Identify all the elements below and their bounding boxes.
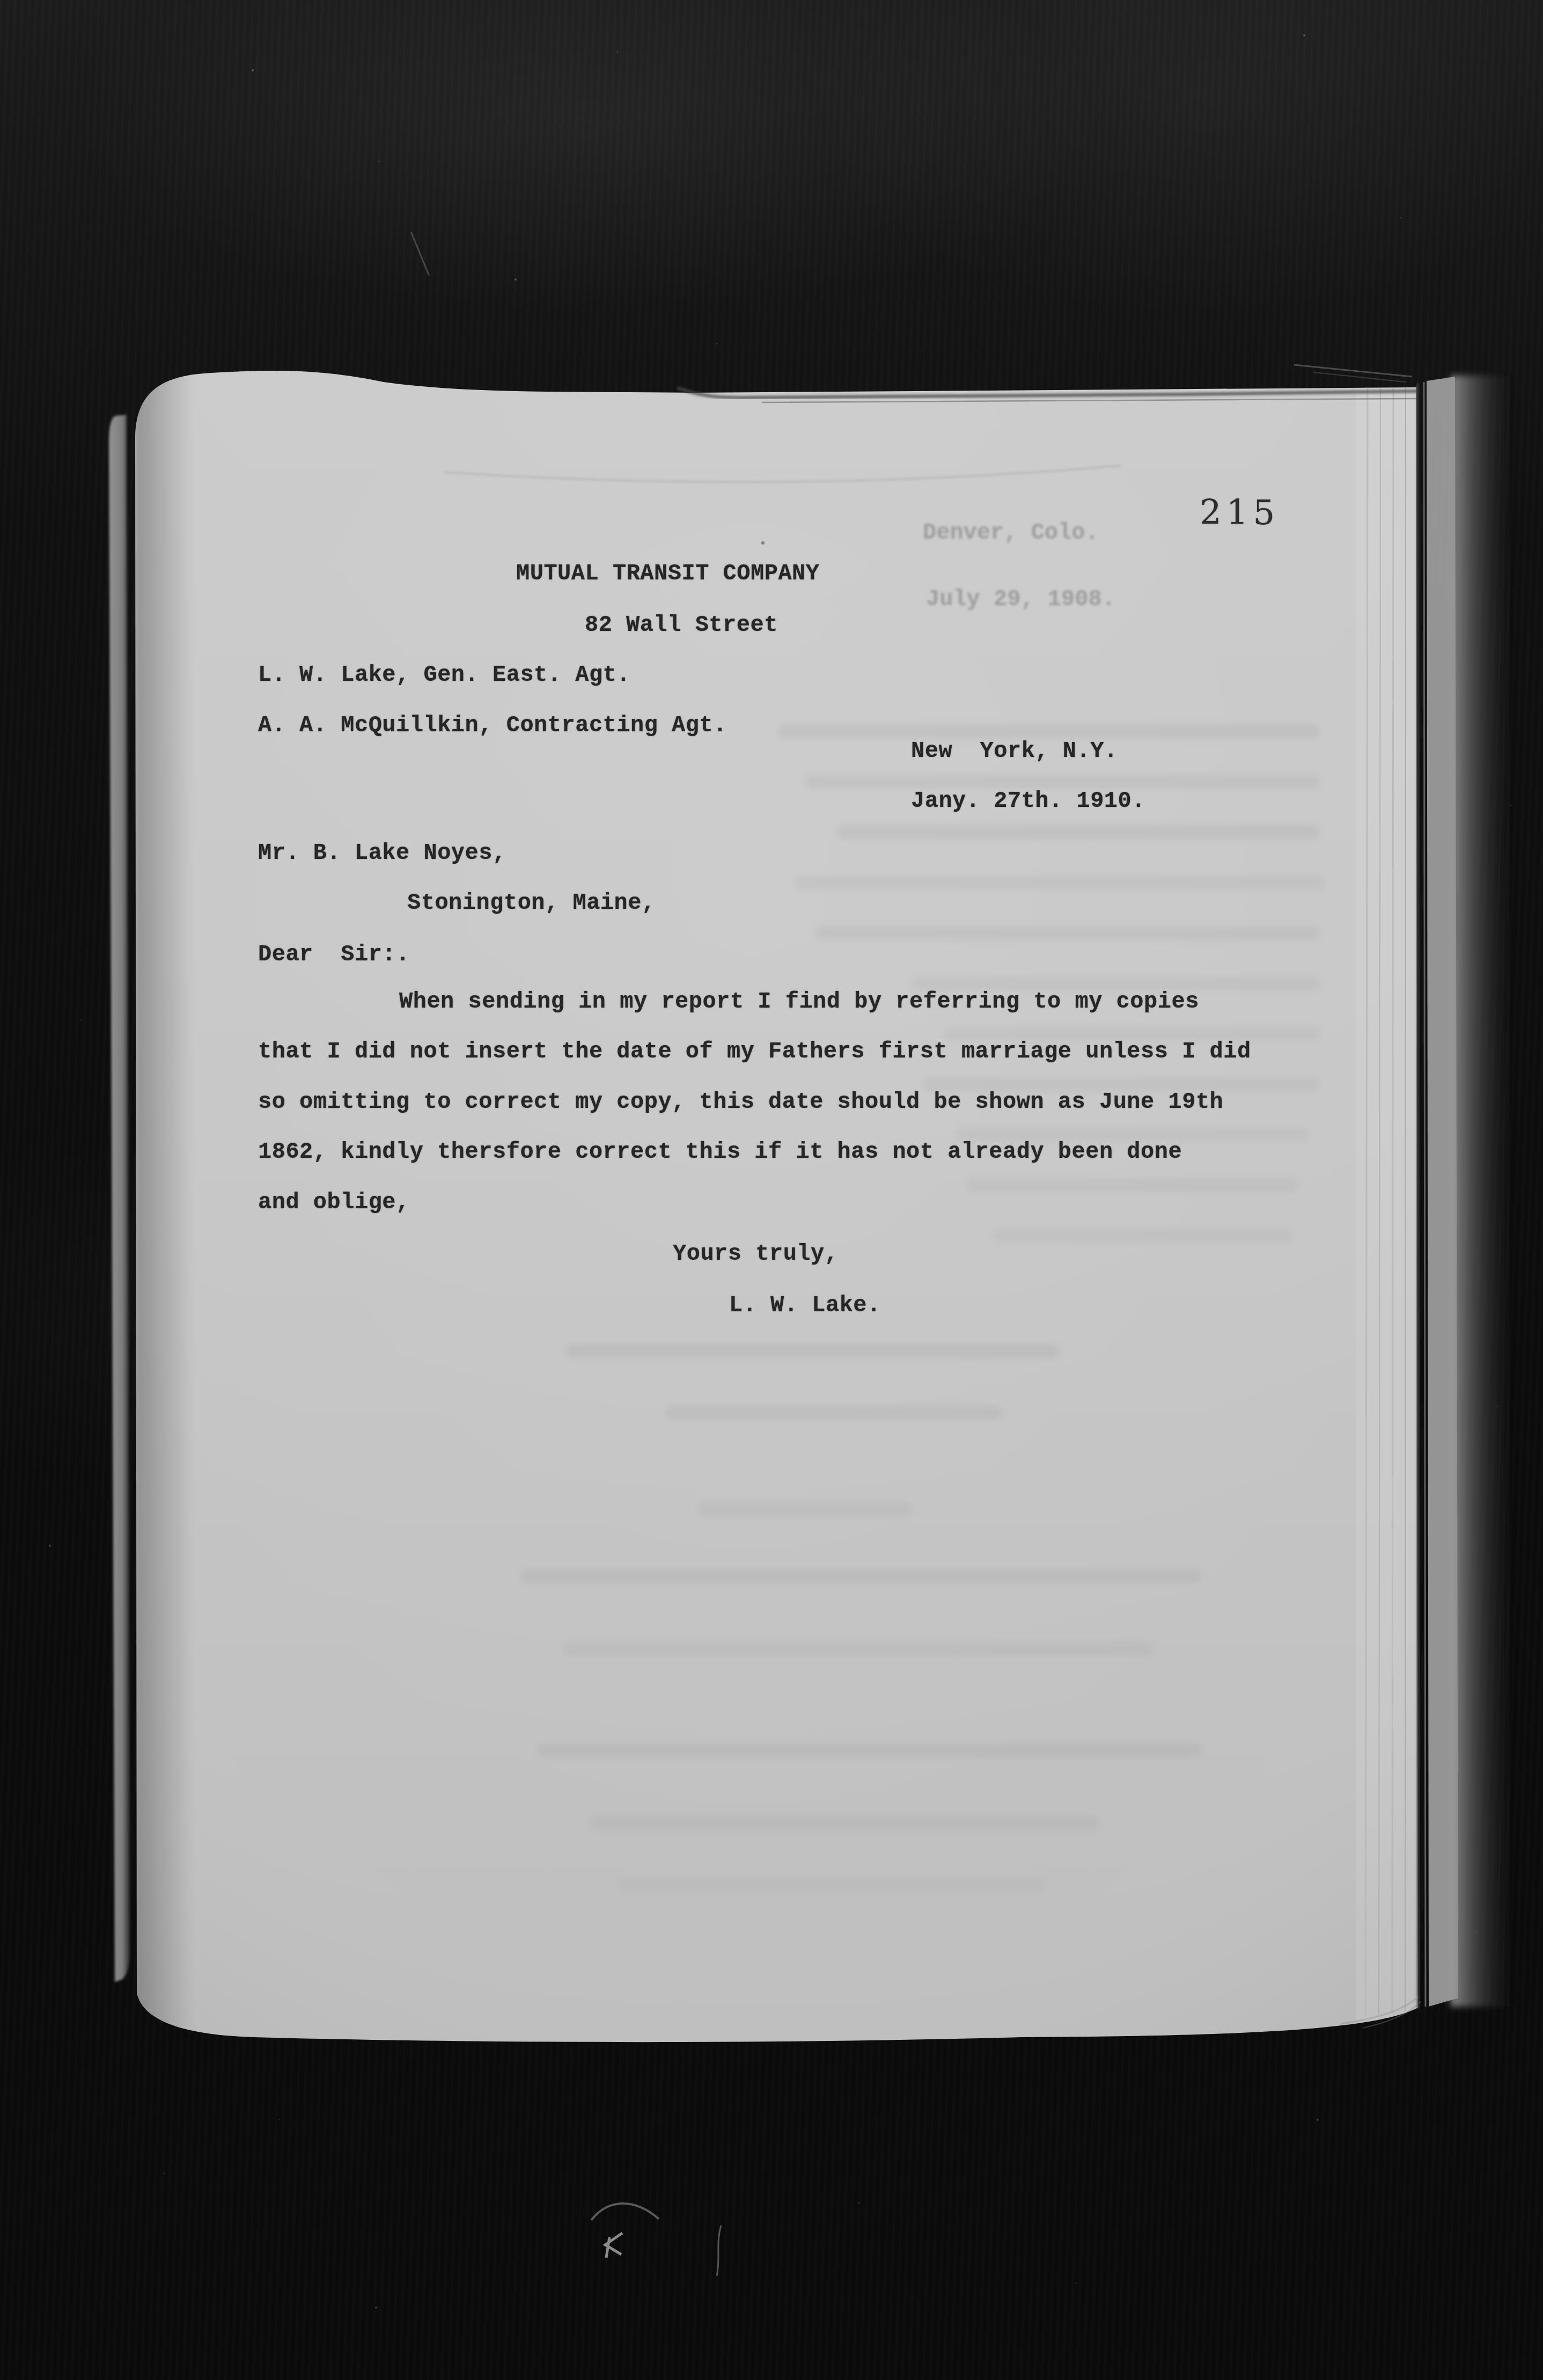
- body-line: so omitting to correct my copy, this dat…: [258, 1091, 1223, 1113]
- bleed-line: [665, 1406, 1003, 1420]
- bleed-line: [794, 876, 1325, 890]
- bleed-date-line: July 29, 1908.: [926, 588, 1115, 611]
- photographed-letterbook-page: Denver, Colo. July 29, 1908. 215 MUTUAL …: [0, 0, 1543, 2380]
- body-line: When sending in my report I find by refe…: [399, 990, 1199, 1013]
- closing: Yours truly,: [673, 1243, 838, 1265]
- dust-speckles: [0, 0, 1, 1]
- recipient-name: Mr. B. Lake Noyes,: [258, 842, 506, 864]
- dateline-date: Jany. 27th. 1910.: [911, 790, 1145, 812]
- bleed-line: [966, 1178, 1298, 1192]
- page-number-stamp: 215: [1200, 496, 1280, 530]
- letterhead-agent-2: A. A. McQuillkin, Contracting Agt.: [258, 714, 727, 737]
- body-line: 1862, kindly thersfore correct this if i…: [258, 1141, 1182, 1163]
- bleed-line: [778, 724, 1320, 738]
- bleed-line: [520, 1569, 1202, 1583]
- bleed-line: [617, 1878, 1046, 1892]
- left-leaf-edge: [109, 415, 130, 1982]
- bleed-line: [566, 1344, 1060, 1358]
- bleed-line: [537, 1744, 1202, 1758]
- bleed-place-line: Denver, Colo.: [923, 521, 1099, 544]
- body-line: that I did not insert the date of my Fat…: [258, 1040, 1251, 1063]
- bleed-line: [815, 926, 1320, 940]
- bleed-line: [563, 1642, 1153, 1656]
- letterhead-street: 82 Wall Street: [585, 614, 778, 636]
- body-line: and oblige,: [258, 1191, 410, 1214]
- signature: L. W. Lake.: [729, 1294, 881, 1317]
- letterhead-agent-1: L. W. Lake, Gen. East. Agt.: [258, 664, 630, 686]
- dateline-place: New York, N.Y.: [911, 740, 1118, 762]
- bleed-line: [590, 1816, 1100, 1830]
- bleed-line: [697, 1502, 912, 1516]
- bleed-line: [837, 825, 1320, 839]
- bleed-line: [993, 1229, 1293, 1243]
- bleed-line: [805, 775, 1320, 789]
- recipient-address: Stonington, Maine,: [407, 892, 656, 914]
- salutation: Dear Sir:.: [258, 943, 410, 966]
- scanned-page-artwork: [0, 0, 1543, 2380]
- letterhead-company: MUTUAL TRANSIT COMPANY: [516, 562, 820, 585]
